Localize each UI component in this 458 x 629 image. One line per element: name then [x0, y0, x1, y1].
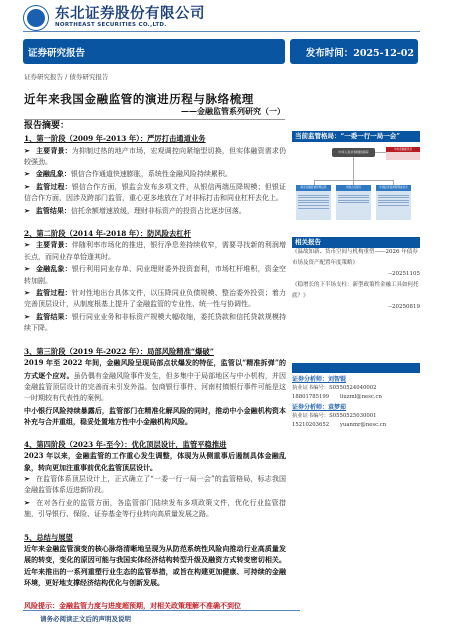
logo-icon	[23, 5, 49, 31]
list-item: ➢监管过程：针对性地出台具体文件，以压降同业负债规模、整治委外投资；着力完善顶层…	[24, 287, 286, 311]
diagram-connector	[353, 157, 354, 180]
analyst-name: 证券分析师：袁梦茹	[292, 403, 420, 412]
list-item: ➢主要背景：为抑制过热的地产市场，宏观调控向紧缩型切换，但实体融资需求仍较强劲。	[24, 145, 286, 169]
analysts-title-bar	[292, 363, 420, 373]
diagram-connector	[375, 152, 386, 153]
list-item: ➢金融乱象：银信合作通道快速膨胀，系统性金融风险持续累积。	[24, 168, 286, 180]
analyst-email[interactable]: liuzml@nesc.cn	[340, 393, 382, 402]
analyst-phone: 18801785199	[292, 393, 340, 402]
section-heading-1: 1、第一阶段（2009 年-2013 年）：严厉打击通道业务	[24, 133, 286, 145]
analyst-name: 证券分析师：刘智锟	[292, 375, 420, 384]
regulatory-structure-diagram: 中华人民共和国国务院 中央金融委员会 国家金融监督管理总局 中国人民银行 中国证…	[292, 145, 420, 223]
section-heading-2: 2、第二阶段（2014 年-2018 年）：防风险去杠杆	[24, 228, 286, 240]
section-heading-3: 3、第三阶段（2019 年-2022 年）：局部风险精准“爆破”	[24, 346, 286, 358]
report-subtitle: ——金融监管系列研究（一）	[24, 106, 285, 120]
section-3-conclusion: 中小银行风险持续暴露后，监管部门在精准化解风险的同时，推动中小金融机构资本补充与…	[24, 405, 286, 428]
list-item: ➢监管结果：银行同业业务和非标资产规模大幅收缩，委托贷款和信托贷款规模持续下降。	[24, 311, 286, 335]
list-item: ➢在对各行业的监管方面，各监管部门陆续发布多项政策文件，优化行业监管措施，引导银…	[24, 497, 286, 521]
related-report-date: --20251105	[292, 269, 420, 280]
arrow-bullet-icon: ➢	[24, 264, 30, 273]
arrow-bullet-icon: ➢	[24, 206, 30, 215]
publish-date-banner: 发布时间：2025-12-02	[290, 39, 418, 64]
diagram-node-nfra: 国家金融监督管理总局	[296, 185, 331, 220]
arrow-bullet-icon: ➢	[24, 169, 30, 178]
related-reports-list: 《温故知新、货币空间与机构重塑——2026 年债券市场及资产配置年度策略》 --…	[292, 247, 420, 313]
related-report-link[interactable]: 《稳增长的下半场支柱：新型政策性金融工具如何托底？》	[292, 280, 420, 302]
analyst-phone: 15210203652	[292, 421, 340, 430]
analyst-list: 证券分析师：刘智锟 执业证书编号：S0550524040002 18801785…	[292, 375, 420, 430]
arrow-bullet-icon: ➢	[24, 146, 30, 155]
section-4-intro: 2023 年以来，金融监管的工作重心发生调整，体现为从侧重事后遏制具体金融乱象，…	[24, 450, 286, 473]
arrow-bullet-icon: ➢	[24, 312, 30, 321]
arrow-bullet-icon: ➢	[24, 474, 30, 483]
report-title: 近年来我国金融监管的演进历程与脉络梳理	[24, 91, 254, 107]
list-item: ➢监管过程：银信合作方面，银监会发布多项文件，从银信两端压降规模；但银证信合作方…	[24, 181, 286, 205]
arrow-bullet-icon: ➢	[24, 182, 30, 191]
header-divider	[23, 31, 420, 32]
footer-disclaimer: 请务必阅读正文后的声明及说明	[40, 614, 131, 623]
report-type-banner: 证券研究报告	[23, 39, 285, 64]
company-name-en: NORTHEAST SECURITIES CO.,LTD.	[55, 22, 205, 29]
related-report-date: --20250819	[292, 302, 420, 313]
analyst-cert: 执业证书编号：S0550524040002	[292, 384, 420, 393]
diagram-node-state-council: 中华人民共和国国务院	[332, 148, 375, 157]
list-item: ➢主要背景：伴随利率市场化的推进，银行净息差持续收窄，需要寻找新的利润增长点，而…	[24, 239, 286, 263]
footer-divider	[23, 610, 300, 611]
abstract-body: 报告摘要： 1、第一阶段（2009 年-2013 年）：严厉打击通道业务 ➢主要…	[24, 120, 286, 611]
related-report-link[interactable]: 《温故知新、货币空间与机构重塑——2026 年债券市场及资产配置年度策略》	[292, 247, 420, 269]
arrow-bullet-icon: ➢	[24, 240, 30, 249]
section-5-body: 近年来金融监管演变的核心脉络清晰地呈现为从防范系统性风险向推动行业高质量发展的转…	[24, 543, 286, 589]
analyst-cert: 执业证书编号：S0550525030001	[292, 412, 420, 421]
diagram-title-bar: 当前监管格局：“一委一行一局一会”	[292, 131, 420, 142]
section-heading-5: 5、总结与展望	[24, 532, 286, 544]
breadcrumb: 证券研究报告 / 债券研究报告	[24, 72, 108, 81]
list-item: ➢监管结果：信托余额增速放缓，理财非标资产的投资占比逐步回落。	[24, 205, 286, 217]
section-heading-4: 4、第四阶段（2023 年-至今）：优化顶层设计，监管平稳推进	[24, 439, 286, 451]
list-item: ➢金融乱象：银行利用同业存单、同业理财委外投资套利，市场杠杆堆积，资金空转加剧。	[24, 263, 286, 287]
diagram-connector	[314, 180, 394, 181]
arrow-bullet-icon: ➢	[24, 288, 30, 297]
section-3-body: 2019 年至 2022 年间，金融风险呈现局部点状爆发的特征，监管以“精准拆弹…	[24, 357, 286, 405]
list-item: ➢在监管体系顶层设计上，正式确立了“一委一行一局一会”的监管格局，标志我国金融监…	[24, 473, 286, 497]
diagram-node-central-finance-committee: 中央金融委员会	[386, 147, 420, 160]
analyst-email[interactable]: yuanmr@nesc.cn	[340, 421, 386, 430]
diagram-node-pboc: 中国人民银行	[336, 185, 371, 220]
abstract-label: 报告摘要：	[24, 120, 286, 133]
arrow-bullet-icon: ➢	[24, 498, 30, 507]
diagram-node-csrc: 中国证券监督管理委员会	[376, 185, 411, 220]
company-name-cn: 东北证券股份有限公司	[55, 7, 205, 22]
company-logo: 东北证券股份有限公司 NORTHEAST SECURITIES CO.,LTD.	[23, 6, 205, 30]
